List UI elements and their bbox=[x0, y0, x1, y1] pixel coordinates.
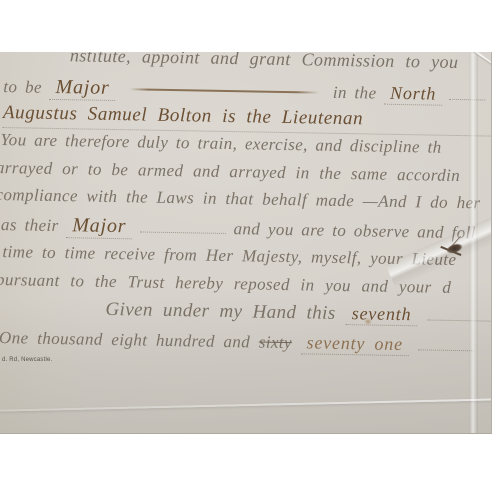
rank-line-pre: to be bbox=[3, 77, 42, 97]
dotted-filler bbox=[427, 307, 492, 322]
line-grant-commission: nstitute, appoint and grant Commission t… bbox=[70, 52, 459, 74]
rank-line-mid: in the bbox=[333, 83, 377, 103]
unit-entry-north: North bbox=[384, 83, 442, 106]
line-receive-orders: time to time receive from Her Majesty, m… bbox=[2, 240, 456, 272]
document-paper: nstitute, appoint and grant Commission t… bbox=[0, 52, 492, 434]
major-line-post: and you are to observe and foll bbox=[233, 219, 476, 242]
line-armed-arrayed: arrayed or to be armed and arrayed in th… bbox=[0, 156, 460, 188]
dotted-filler bbox=[450, 86, 486, 101]
line-given-under-hand: Given under my Hand this seventh bbox=[105, 297, 492, 329]
year-entry-seventy-one: seventy one bbox=[300, 332, 409, 356]
printer-imprint: d. Rd, Newcastle. bbox=[2, 357, 52, 363]
paper-stain bbox=[364, 318, 372, 325]
given-line-pre: Given under my Hand this bbox=[105, 299, 335, 324]
major-line-pre: as their bbox=[1, 215, 59, 235]
line-pursuant-trust: pursuant to the Trust hereby reposed in … bbox=[0, 268, 451, 300]
year-line-pre: One thousand eight hundred and bbox=[0, 328, 250, 351]
rank-entry-major: Major bbox=[49, 76, 115, 101]
handwriting-layer: nstitute, appoint and grant Commission t… bbox=[0, 52, 492, 434]
blank-rule-stroke bbox=[129, 88, 319, 93]
line-year: One thousand eight hundred and sixty sev… bbox=[0, 325, 474, 358]
rank-entry-major-2: Major bbox=[66, 214, 132, 239]
year-struck-sixty: sixty bbox=[259, 333, 292, 353]
day-entry-seventh: seventh bbox=[346, 303, 418, 326]
photo-canvas: nstitute, appoint and grant Commission t… bbox=[0, 0, 500, 500]
dotted-filler bbox=[417, 336, 473, 351]
line-compliance-laws: compliance with the Laws in that behalf … bbox=[0, 183, 481, 215]
dotted-filler bbox=[140, 218, 226, 233]
